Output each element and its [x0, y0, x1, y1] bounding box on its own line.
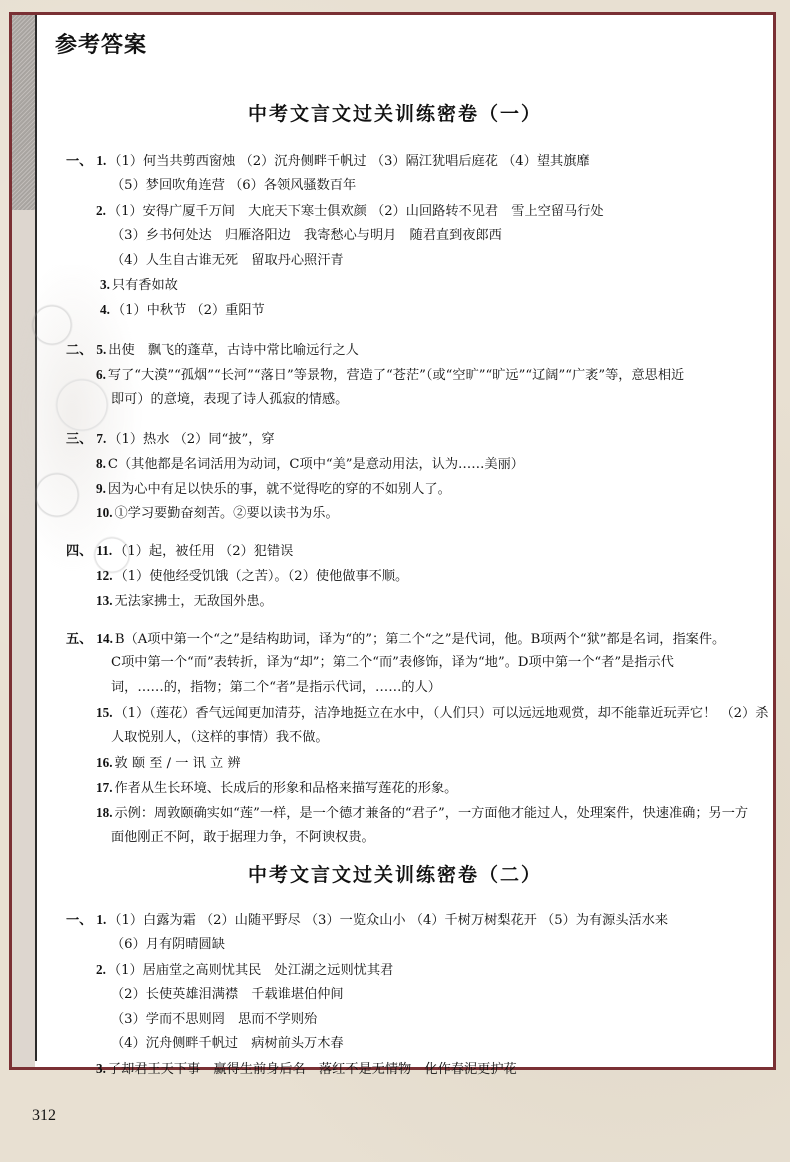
question-number: 3. — [96, 1061, 106, 1076]
question-number: 17. — [96, 780, 112, 795]
answer-line: 人取悦别人，（这样的事情）我不做。 — [111, 730, 329, 746]
answer-text: 作者从生长环境、长成后的形象和品格来描写莲花的形象。 — [114, 781, 457, 796]
answer-line: 4.（1）中秋节 （2）重阳节 — [100, 302, 265, 319]
answer-line: 2.（1）安得广厦千万间 大庇天下寒士俱欢颜 （2）山回路转不见君 雪上空留马行… — [96, 203, 604, 220]
answer-text: B（A项中第一个“之”是结构助词，译为“的”；第二个“之”是代词，他。B项两个“… — [115, 632, 725, 647]
part-label: 一、 — [66, 154, 92, 169]
answer-text: 写了“大漠”“孤烟”“长河”“落日”等景物，营造了“苍茫”（或“空旷”“旷远”“… — [108, 368, 684, 383]
question-number: 13. — [96, 593, 112, 608]
question-number: 2. — [96, 203, 106, 218]
question-number: 3. — [100, 277, 110, 292]
answer-text: （1）居庙堂之高则忧其民 处江湖之远则忧其君 — [108, 963, 393, 978]
answer-text: （1）热水 （2）同“披”，穿 — [108, 432, 274, 447]
answer-line: （6）月有阴晴圆缺 — [111, 937, 225, 953]
question-number: 18. — [96, 805, 112, 820]
answer-line: 12.（1）使他经受饥饿（之苦）。（2）使他做事不顺。 — [96, 568, 408, 585]
answer-text: 无法家拂士，无敌国外患。 — [114, 594, 272, 609]
answer-line: 面他刚正不阿，敢于据理力争，不阿谀权贵。 — [111, 830, 375, 846]
section-title-1: 中考文言文过关训练密卷（一） — [0, 99, 790, 126]
answer-line: 2.（1）居庙堂之高则忧其民 处江湖之远则忧其君 — [96, 962, 393, 979]
section-title-2: 中考文言文过关训练密卷（二） — [0, 860, 790, 887]
answer-text: （1）（莲花）香气远闻更加清芬，洁净地挺立在水中，（人们只）可以远远地观赏，却不… — [114, 706, 768, 721]
answer-text: 因为心中有足以快乐的事，就不觉得吃的穿的不如别人了。 — [108, 482, 451, 497]
part-label: 五、 — [66, 632, 92, 647]
question-number: 7. — [96, 431, 106, 446]
side-strip-lower — [12, 210, 35, 1067]
answer-text: （5）梦回吹角连营 （6）各领风骚数百年 — [111, 178, 356, 193]
question-number: 14. — [96, 631, 112, 646]
answer-text: C（其他都是名词活用为动词，C项中“美”是意动用法，认为……美丽） — [108, 457, 524, 472]
question-number: 8. — [96, 456, 106, 471]
answer-text: （3）学而不思则罔 思而不学则殆 — [111, 1012, 317, 1027]
answer-line: 15.（1）（莲花）香气远闻更加清芬，洁净地挺立在水中，（人们只）可以远远地观赏… — [96, 705, 768, 722]
answer-text: （4）沉舟侧畔千帆过 病树前头万木春 — [111, 1036, 344, 1051]
answer-text: 只有香如故 — [112, 278, 178, 293]
answer-line: 词，……的，指物；第二个“者”是指示代词，……的人） — [111, 680, 441, 696]
answer-line: 9.因为心中有足以快乐的事，就不觉得吃的穿的不如别人了。 — [96, 481, 451, 498]
answer-text: 面他刚正不阿，敢于据理力争，不阿谀权贵。 — [111, 830, 375, 845]
answer-text: 即可）的意境，表现了诗人孤寂的情感。 — [111, 392, 348, 407]
answer-line: （5）梦回吹角连营 （6）各领风骚数百年 — [111, 178, 356, 194]
answer-line: 10.①学习要勤奋刻苦。②要以读书为乐。 — [96, 505, 339, 522]
answer-line: 6.写了“大漠”“孤烟”“长河”“落日”等景物，营造了“苍茫”（或“空旷”“旷远… — [96, 367, 684, 384]
answer-line: 四、11.（1）起，被任用 （2）犯错误 — [66, 543, 293, 560]
question-number: 1. — [96, 912, 106, 927]
answer-line: （2）长使英雄泪满襟 千载谁堪伯仲间 — [111, 987, 344, 1003]
answer-text: （6）月有阴晴圆缺 — [111, 937, 225, 952]
part-label: 二、 — [66, 343, 92, 358]
answer-text: 人取悦别人，（这样的事情）我不做。 — [111, 730, 329, 745]
answer-text: （3）乡书何处达 归雁洛阳边 我寄愁心与明月 随君直到夜郎西 — [111, 228, 502, 243]
question-number: 5. — [96, 342, 106, 357]
question-number: 12. — [96, 568, 112, 583]
question-number: 9. — [96, 481, 106, 496]
question-number: 11. — [96, 543, 112, 558]
answer-line: 二、5.出使 飘飞的蓬草，古诗中常比喻远行之人 — [66, 342, 359, 359]
question-number: 2. — [96, 962, 106, 977]
margin-rule — [35, 15, 37, 1061]
answer-line: 一、1.（1）白露为霜 （2）山随平野尽 （3）一览众山小 （4）千树万树梨花开… — [66, 912, 668, 929]
answer-text: （2）长使英雄泪满襟 千载谁堪伯仲间 — [111, 987, 344, 1002]
question-number: 10. — [96, 505, 112, 520]
answer-text: （1）中秋节 （2）重阳节 — [112, 303, 265, 318]
answer-text: （1）何当共剪西窗烛 （2）沉舟侧畔千帆过 （3）隔江犹唱后庭花 （4）望其旗靡 — [108, 154, 589, 169]
answer-text: 敦 颐 至 / 一 讯 立 辨 — [114, 756, 240, 771]
part-label: 一、 — [66, 913, 92, 928]
answer-line: （4）沉舟侧畔千帆过 病树前头万木春 — [111, 1036, 344, 1052]
answer-text: C项中第一个“而”表转折，译为“却”；第二个“而”表修饰，译为“地”。D项中第一… — [111, 655, 674, 670]
part-label: 四、 — [66, 544, 92, 559]
answer-text: （1）起，被任用 （2）犯错误 — [114, 544, 293, 559]
answer-text: 示例：周敦颐确实如“莲”一样，是一个德才兼备的“君子”，一方面他才能过人，处理案… — [114, 806, 748, 821]
answer-line: 即可）的意境，表现了诗人孤寂的情感。 — [111, 392, 348, 408]
answer-line: 五、14.B（A项中第一个“之”是结构助词，译为“的”；第二个“之”是代词，他。… — [66, 631, 725, 648]
part-label: 三、 — [66, 432, 92, 447]
answer-line: （4）人生自古谁无死 留取丹心照汗青 — [111, 253, 344, 269]
page-number: 312 — [32, 1107, 56, 1125]
answer-text: 了却君王天下事 赢得生前身后名 落红不是无情物 化作春泥更护花 — [108, 1062, 517, 1077]
answer-text: （1）安得广厦千万间 大庇天下寒士俱欢颜 （2）山回路转不见君 雪上空留马行处 — [108, 204, 604, 219]
answer-text: ①学习要勤奋刻苦。②要以读书为乐。 — [114, 506, 338, 521]
page-header-title: 参考答案 — [55, 28, 147, 59]
answer-line: 18.示例：周敦颐确实如“莲”一样，是一个德才兼备的“君子”，一方面他才能过人，… — [96, 805, 748, 822]
answer-text: 出使 飘飞的蓬草，古诗中常比喻远行之人 — [108, 343, 359, 358]
answer-text: 词，……的，指物；第二个“者”是指示代词，……的人） — [111, 680, 441, 695]
answer-line: 17.作者从生长环境、长成后的形象和品格来描写莲花的形象。 — [96, 780, 457, 797]
question-number: 1. — [96, 153, 106, 168]
answer-text: （1）白露为霜 （2）山随平野尽 （3）一览众山小 （4）千树万树梨花开 （5）… — [108, 913, 668, 928]
answer-line: 8.C（其他都是名词活用为动词，C项中“美”是意动用法，认为……美丽） — [96, 456, 524, 473]
answer-text: （1）使他经受饥饿（之苦）。（2）使他做事不顺。 — [114, 569, 408, 584]
answer-line: 三、7.（1）热水 （2）同“披”，穿 — [66, 431, 275, 448]
answer-line: 一、1.（1）何当共剪西窗烛 （2）沉舟侧畔千帆过 （3）隔江犹唱后庭花 （4）… — [66, 153, 590, 170]
answer-line: （3）乡书何处达 归雁洛阳边 我寄愁心与明月 随君直到夜郎西 — [111, 228, 502, 244]
answer-line: 3.了却君王天下事 赢得生前身后名 落红不是无情物 化作春泥更护花 — [96, 1061, 517, 1078]
answer-line: C项中第一个“而”表转折，译为“却”；第二个“而”表修饰，译为“地”。D项中第一… — [111, 655, 674, 671]
question-number: 6. — [96, 367, 106, 382]
answer-line: （3）学而不思则罔 思而不学则殆 — [111, 1012, 317, 1028]
question-number: 4. — [100, 302, 110, 317]
answer-line: 16.敦 颐 至 / 一 讯 立 辨 — [96, 755, 241, 772]
question-number: 15. — [96, 705, 112, 720]
answer-line: 13.无法家拂士，无敌国外患。 — [96, 593, 273, 610]
answer-text: （4）人生自古谁无死 留取丹心照汗青 — [111, 253, 344, 268]
question-number: 16. — [96, 755, 112, 770]
answer-line: 3.只有香如故 — [100, 277, 178, 294]
